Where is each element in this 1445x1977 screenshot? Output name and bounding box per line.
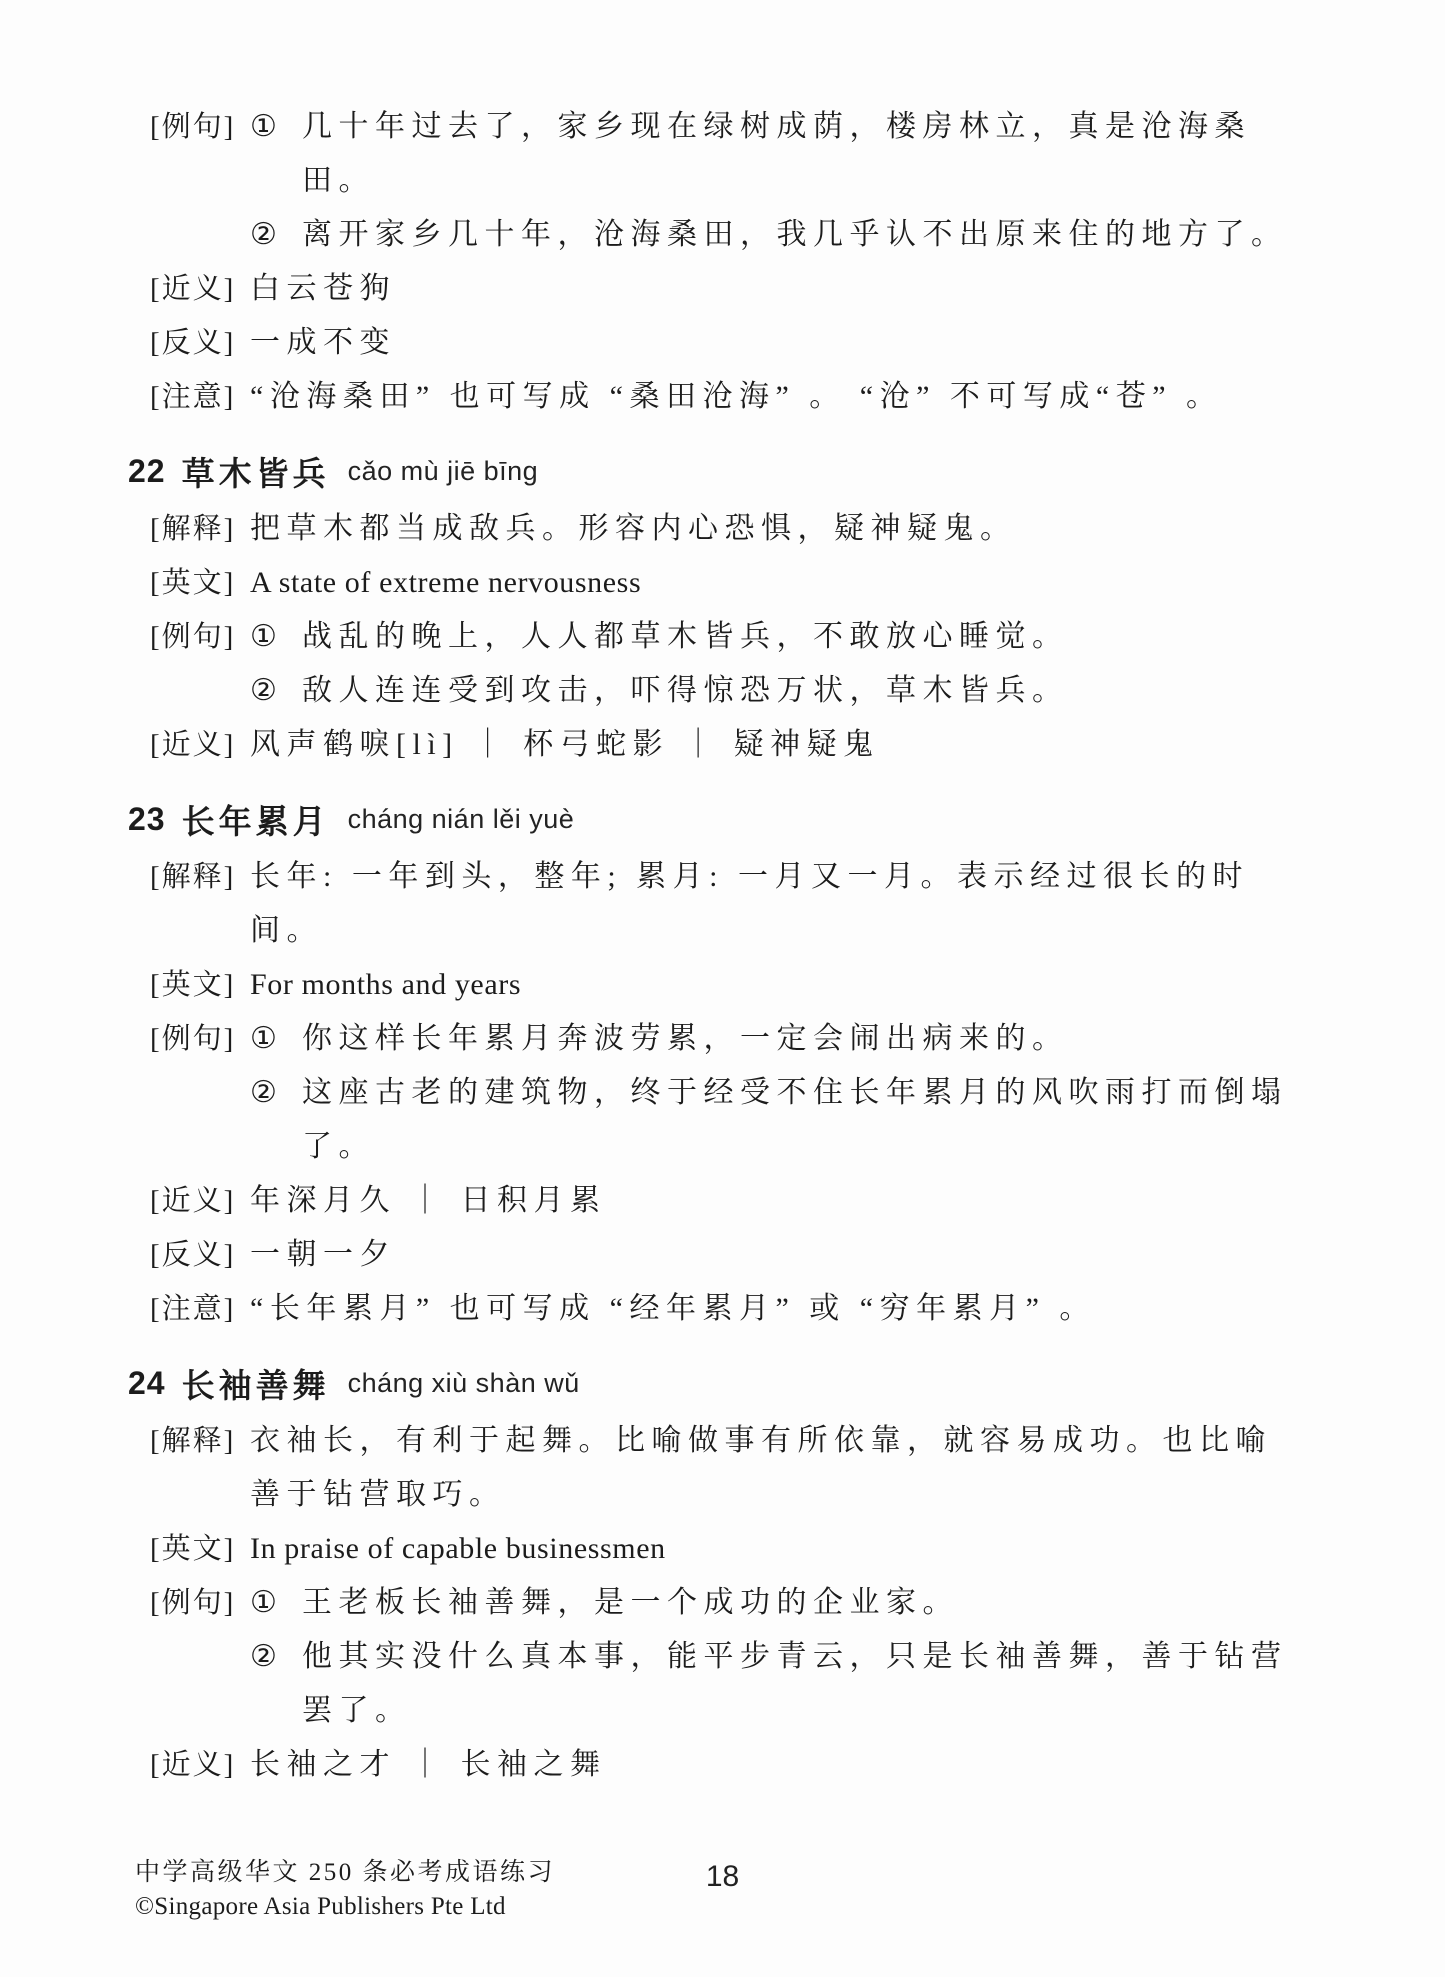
idiom-number: 22 [128, 453, 166, 490]
idiom-text: 长袖善舞 [182, 1360, 330, 1407]
note-row: [注意] “长年累月” 也可写成 “经年累月” 或 “穷年累月” 。 [128, 1282, 1335, 1336]
text-line: 战乱的晚上，人人都草木皆兵，不敢放心睡觉。 [302, 610, 1335, 664]
antonym-row: [反义] 一朝一夕 [128, 1228, 1335, 1282]
example-item: ① 你这样长年累月奔波劳累，一定会闹出病来的。 [250, 1012, 1335, 1066]
idiom-pinyin: cháng nián lěi yuè [348, 804, 575, 835]
text-line: In praise of capable businessmen [250, 1522, 1335, 1576]
idiom-pinyin: cǎo mù jiē bīng [348, 456, 539, 487]
row-label: [例句] [150, 100, 250, 154]
idiom-text: 草木皆兵 [182, 448, 330, 495]
text-line: 风声鹤唳[lì] ｜ 杯弓蛇影 ｜ 疑神疑鬼 [250, 718, 1335, 772]
row-label: [近义] [150, 1174, 250, 1228]
synonym-row: [近义] 风声鹤唳[lì] ｜ 杯弓蛇影 ｜ 疑神疑鬼 [128, 718, 1335, 772]
definition-row: [解释] 把草木都当成敌兵。形容内心恐惧，疑神疑鬼。 [128, 502, 1335, 556]
idiom-pinyin: cháng xiù shàn wǔ [348, 1368, 580, 1399]
antonym-row: [反义] 一成不变 [128, 316, 1335, 370]
footer-publisher: ©Singapore Asia Publishers Pte Ltd [135, 1893, 1310, 1921]
entry-header: 24 长袖善舞 cháng xiù shàn wǔ [128, 1354, 1335, 1412]
english-row: [英文] In praise of capable businessmen [128, 1522, 1335, 1576]
example-number: ② [250, 208, 302, 262]
example-row: [例句] ① 战乱的晚上，人人都草木皆兵，不敢放心睡觉。 ② 敌人连连受到攻击，… [128, 610, 1335, 718]
row-label: [英文] [150, 958, 250, 1012]
text-line: 白云苍狗 [250, 262, 1335, 316]
text-line: 你这样长年累月奔波劳累，一定会闹出病来的。 [302, 1012, 1335, 1066]
text-line: 长年: 一年到头，整年; 累月: 一月又一月。表示经过很长的时 [250, 850, 1335, 904]
entry-header: 22 草木皆兵 cǎo mù jiē bīng [128, 442, 1335, 500]
page-number: 18 [135, 1860, 1310, 1894]
row-label: [注意] [150, 370, 250, 424]
idiom-list: [例句] ① 几十年过去了，家乡现在绿树成荫，楼房林立，真是沧海桑 田。 ② 离… [128, 100, 1335, 1792]
text-line: 年深月久 ｜ 日积月累 [250, 1174, 1335, 1228]
note-row: [注意] “沧海桑田” 也可写成 “桑田沧海” 。 “沧” 不可写成“苍” 。 [128, 370, 1335, 424]
example-item: ② 他其实没什么真本事，能平步青云，只是长袖善舞，善于钻营 罢了。 [250, 1630, 1335, 1738]
text-line: For months and years [250, 958, 1335, 1012]
idiom-text: 长年累月 [182, 796, 330, 843]
example-list: ① 战乱的晚上，人人都草木皆兵，不敢放心睡觉。 ② 敌人连连受到攻击，吓得惊恐万… [250, 610, 1335, 718]
row-label: [反义] [150, 1228, 250, 1282]
example-list: ① 王老板长袖善舞，是一个成功的企业家。 ② 他其实没什么真本事，能平步青云，只… [250, 1576, 1335, 1738]
row-label: [解释] [150, 850, 250, 904]
definition-row: [解释] 衣袖长，有利于起舞。比喻做事有所依靠，就容易成功。也比喻 善于钻营取巧… [128, 1414, 1335, 1522]
text-line: “长年累月” 也可写成 “经年累月” 或 “穷年累月” 。 [250, 1282, 1335, 1336]
english-row: [英文] For months and years [128, 958, 1335, 1012]
text-line: 田。 [302, 154, 1335, 208]
row-label: [近义] [150, 262, 250, 316]
row-label: [注意] [150, 1282, 250, 1336]
row-label: [反义] [150, 316, 250, 370]
definition-row: [解释] 长年: 一年到头，整年; 累月: 一月又一月。表示经过很长的时 间。 [128, 850, 1335, 958]
text-line: 把草木都当成敌兵。形容内心恐惧，疑神疑鬼。 [250, 502, 1335, 556]
example-number: ② [250, 1066, 302, 1120]
example-item: ① 战乱的晚上，人人都草木皆兵，不敢放心睡觉。 [250, 610, 1335, 664]
example-list: ① 你这样长年累月奔波劳累，一定会闹出病来的。 ② 这座古老的建筑物，终于经受不… [250, 1012, 1335, 1174]
text-line: 他其实没什么真本事，能平步青云，只是长袖善舞，善于钻营 [302, 1630, 1335, 1684]
example-number: ① [250, 1012, 302, 1066]
example-list: ① 几十年过去了，家乡现在绿树成荫，楼房林立，真是沧海桑 田。 ② 离开家乡几十… [250, 100, 1335, 262]
text-line: 一成不变 [250, 316, 1335, 370]
example-number: ① [250, 610, 302, 664]
row-label: [近义] [150, 1738, 250, 1792]
text-line: 离开家乡几十年，沧海桑田，我几乎认不出原来住的地方了。 [302, 208, 1335, 262]
idiom-number: 24 [128, 1365, 166, 1402]
text-line: 王老板长袖善舞，是一个成功的企业家。 [302, 1576, 1335, 1630]
text-line: 长袖之才 ｜ 长袖之舞 [250, 1738, 1335, 1792]
synonym-row: [近义] 白云苍狗 [128, 262, 1335, 316]
text-line: 敌人连连受到攻击，吓得惊恐万状，草木皆兵。 [302, 664, 1335, 718]
example-text: 几十年过去了，家乡现在绿树成荫，楼房林立，真是沧海桑 田。 [302, 100, 1335, 208]
example-item: ① 王老板长袖善舞，是一个成功的企业家。 [250, 1576, 1335, 1630]
entry-header: 23 长年累月 cháng nián lěi yuè [128, 790, 1335, 848]
example-item: ② 离开家乡几十年，沧海桑田，我几乎认不出原来住的地方了。 [250, 208, 1335, 262]
text-line: 善于钻营取巧。 [250, 1468, 1335, 1522]
row-label: [解释] [150, 1414, 250, 1468]
example-number: ② [250, 1630, 302, 1684]
text-line: A state of extreme nervousness [250, 556, 1335, 610]
text-line: 一朝一夕 [250, 1228, 1335, 1282]
english-row: [英文] A state of extreme nervousness [128, 556, 1335, 610]
row-label: [英文] [150, 1522, 250, 1576]
page-footer: 中学高级华文 250 条必考成语练习 ©Singapore Asia Publi… [135, 1852, 1310, 1921]
example-item: ① 几十年过去了，家乡现在绿树成荫，楼房林立，真是沧海桑 田。 [250, 100, 1335, 208]
entry-21-continuation: [例句] ① 几十年过去了，家乡现在绿树成荫，楼房林立，真是沧海桑 田。 ② 离… [128, 100, 1335, 424]
example-item: ② 这座古老的建筑物，终于经受不住长年累月的风吹雨打而倒塌 了。 [250, 1066, 1335, 1174]
row-label: [例句] [150, 610, 250, 664]
row-label: [解释] [150, 502, 250, 556]
example-text: 离开家乡几十年，沧海桑田，我几乎认不出原来住的地方了。 [302, 208, 1335, 262]
entry-22: 22 草木皆兵 cǎo mù jiē bīng [解释] 把草木都当成敌兵。形容… [128, 442, 1335, 772]
example-row: [例句] ① 几十年过去了，家乡现在绿树成荫，楼房林立，真是沧海桑 田。 ② 离… [128, 100, 1335, 262]
example-row: [例句] ① 王老板长袖善舞，是一个成功的企业家。 ② 他其实没什么真本事，能平… [128, 1576, 1335, 1738]
text-line: “沧海桑田” 也可写成 “桑田沧海” 。 “沧” 不可写成“苍” 。 [250, 370, 1335, 424]
document-page: [例句] ① 几十年过去了，家乡现在绿树成荫，楼房林立，真是沧海桑 田。 ② 离… [0, 0, 1445, 1977]
entry-24: 24 长袖善舞 cháng xiù shàn wǔ [解释] 衣袖长，有利于起舞… [128, 1354, 1335, 1792]
synonym-row: [近义] 长袖之才 ｜ 长袖之舞 [128, 1738, 1335, 1792]
example-row: [例句] ① 你这样长年累月奔波劳累，一定会闹出病来的。 ② 这座古老的建筑物，… [128, 1012, 1335, 1174]
text-line: 罢了。 [302, 1684, 1335, 1738]
text-line: 几十年过去了，家乡现在绿树成荫，楼房林立，真是沧海桑 [302, 100, 1335, 154]
example-item: ② 敌人连连受到攻击，吓得惊恐万状，草木皆兵。 [250, 664, 1335, 718]
example-number: ① [250, 1576, 302, 1630]
text-line: 间。 [250, 904, 1335, 958]
row-label: [近义] [150, 718, 250, 772]
text-line: 这座古老的建筑物，终于经受不住长年累月的风吹雨打而倒塌 [302, 1066, 1335, 1120]
example-number: ② [250, 664, 302, 718]
synonym-row: [近义] 年深月久 ｜ 日积月累 [128, 1174, 1335, 1228]
entry-23: 23 长年累月 cháng nián lěi yuè [解释] 长年: 一年到头… [128, 790, 1335, 1336]
row-label: [例句] [150, 1576, 250, 1630]
example-number: ① [250, 100, 302, 154]
idiom-number: 23 [128, 801, 166, 838]
row-label: [英文] [150, 556, 250, 610]
row-label: [例句] [150, 1012, 250, 1066]
text-line: 了。 [302, 1120, 1335, 1174]
text-line: 衣袖长，有利于起舞。比喻做事有所依靠，就容易成功。也比喻 [250, 1414, 1335, 1468]
